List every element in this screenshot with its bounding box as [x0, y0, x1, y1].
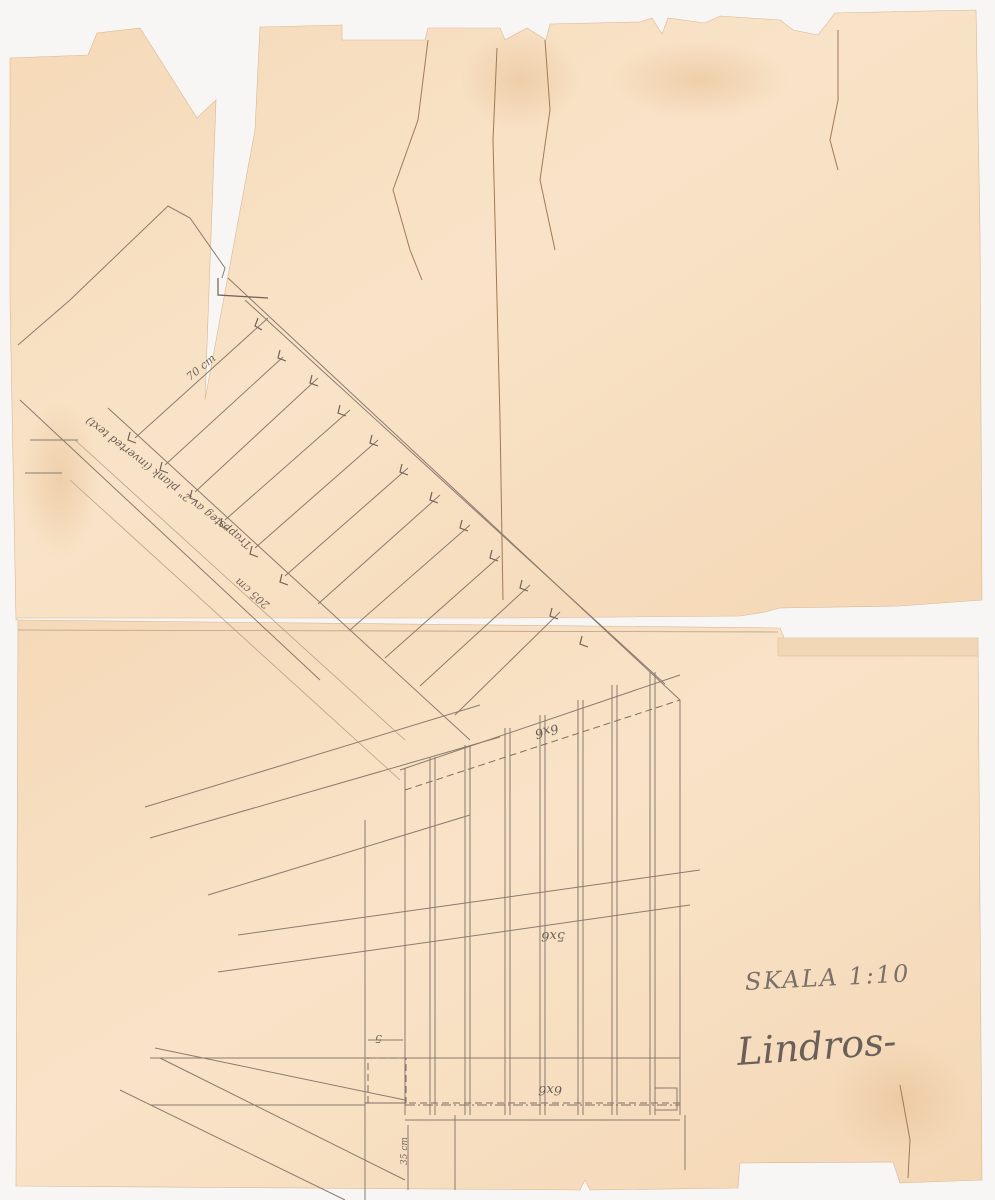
bottom-width-dim: 5	[375, 1032, 382, 1045]
drawing-sheet	[0, 0, 995, 1200]
stringer-middle-label: 5x6	[541, 928, 565, 943]
stain	[610, 40, 790, 120]
bottom-height-dim: 35 cm	[400, 1137, 410, 1165]
stringer-lower-label: 6x6	[538, 1082, 562, 1097]
stain	[460, 30, 580, 130]
tape-strip	[778, 638, 978, 656]
